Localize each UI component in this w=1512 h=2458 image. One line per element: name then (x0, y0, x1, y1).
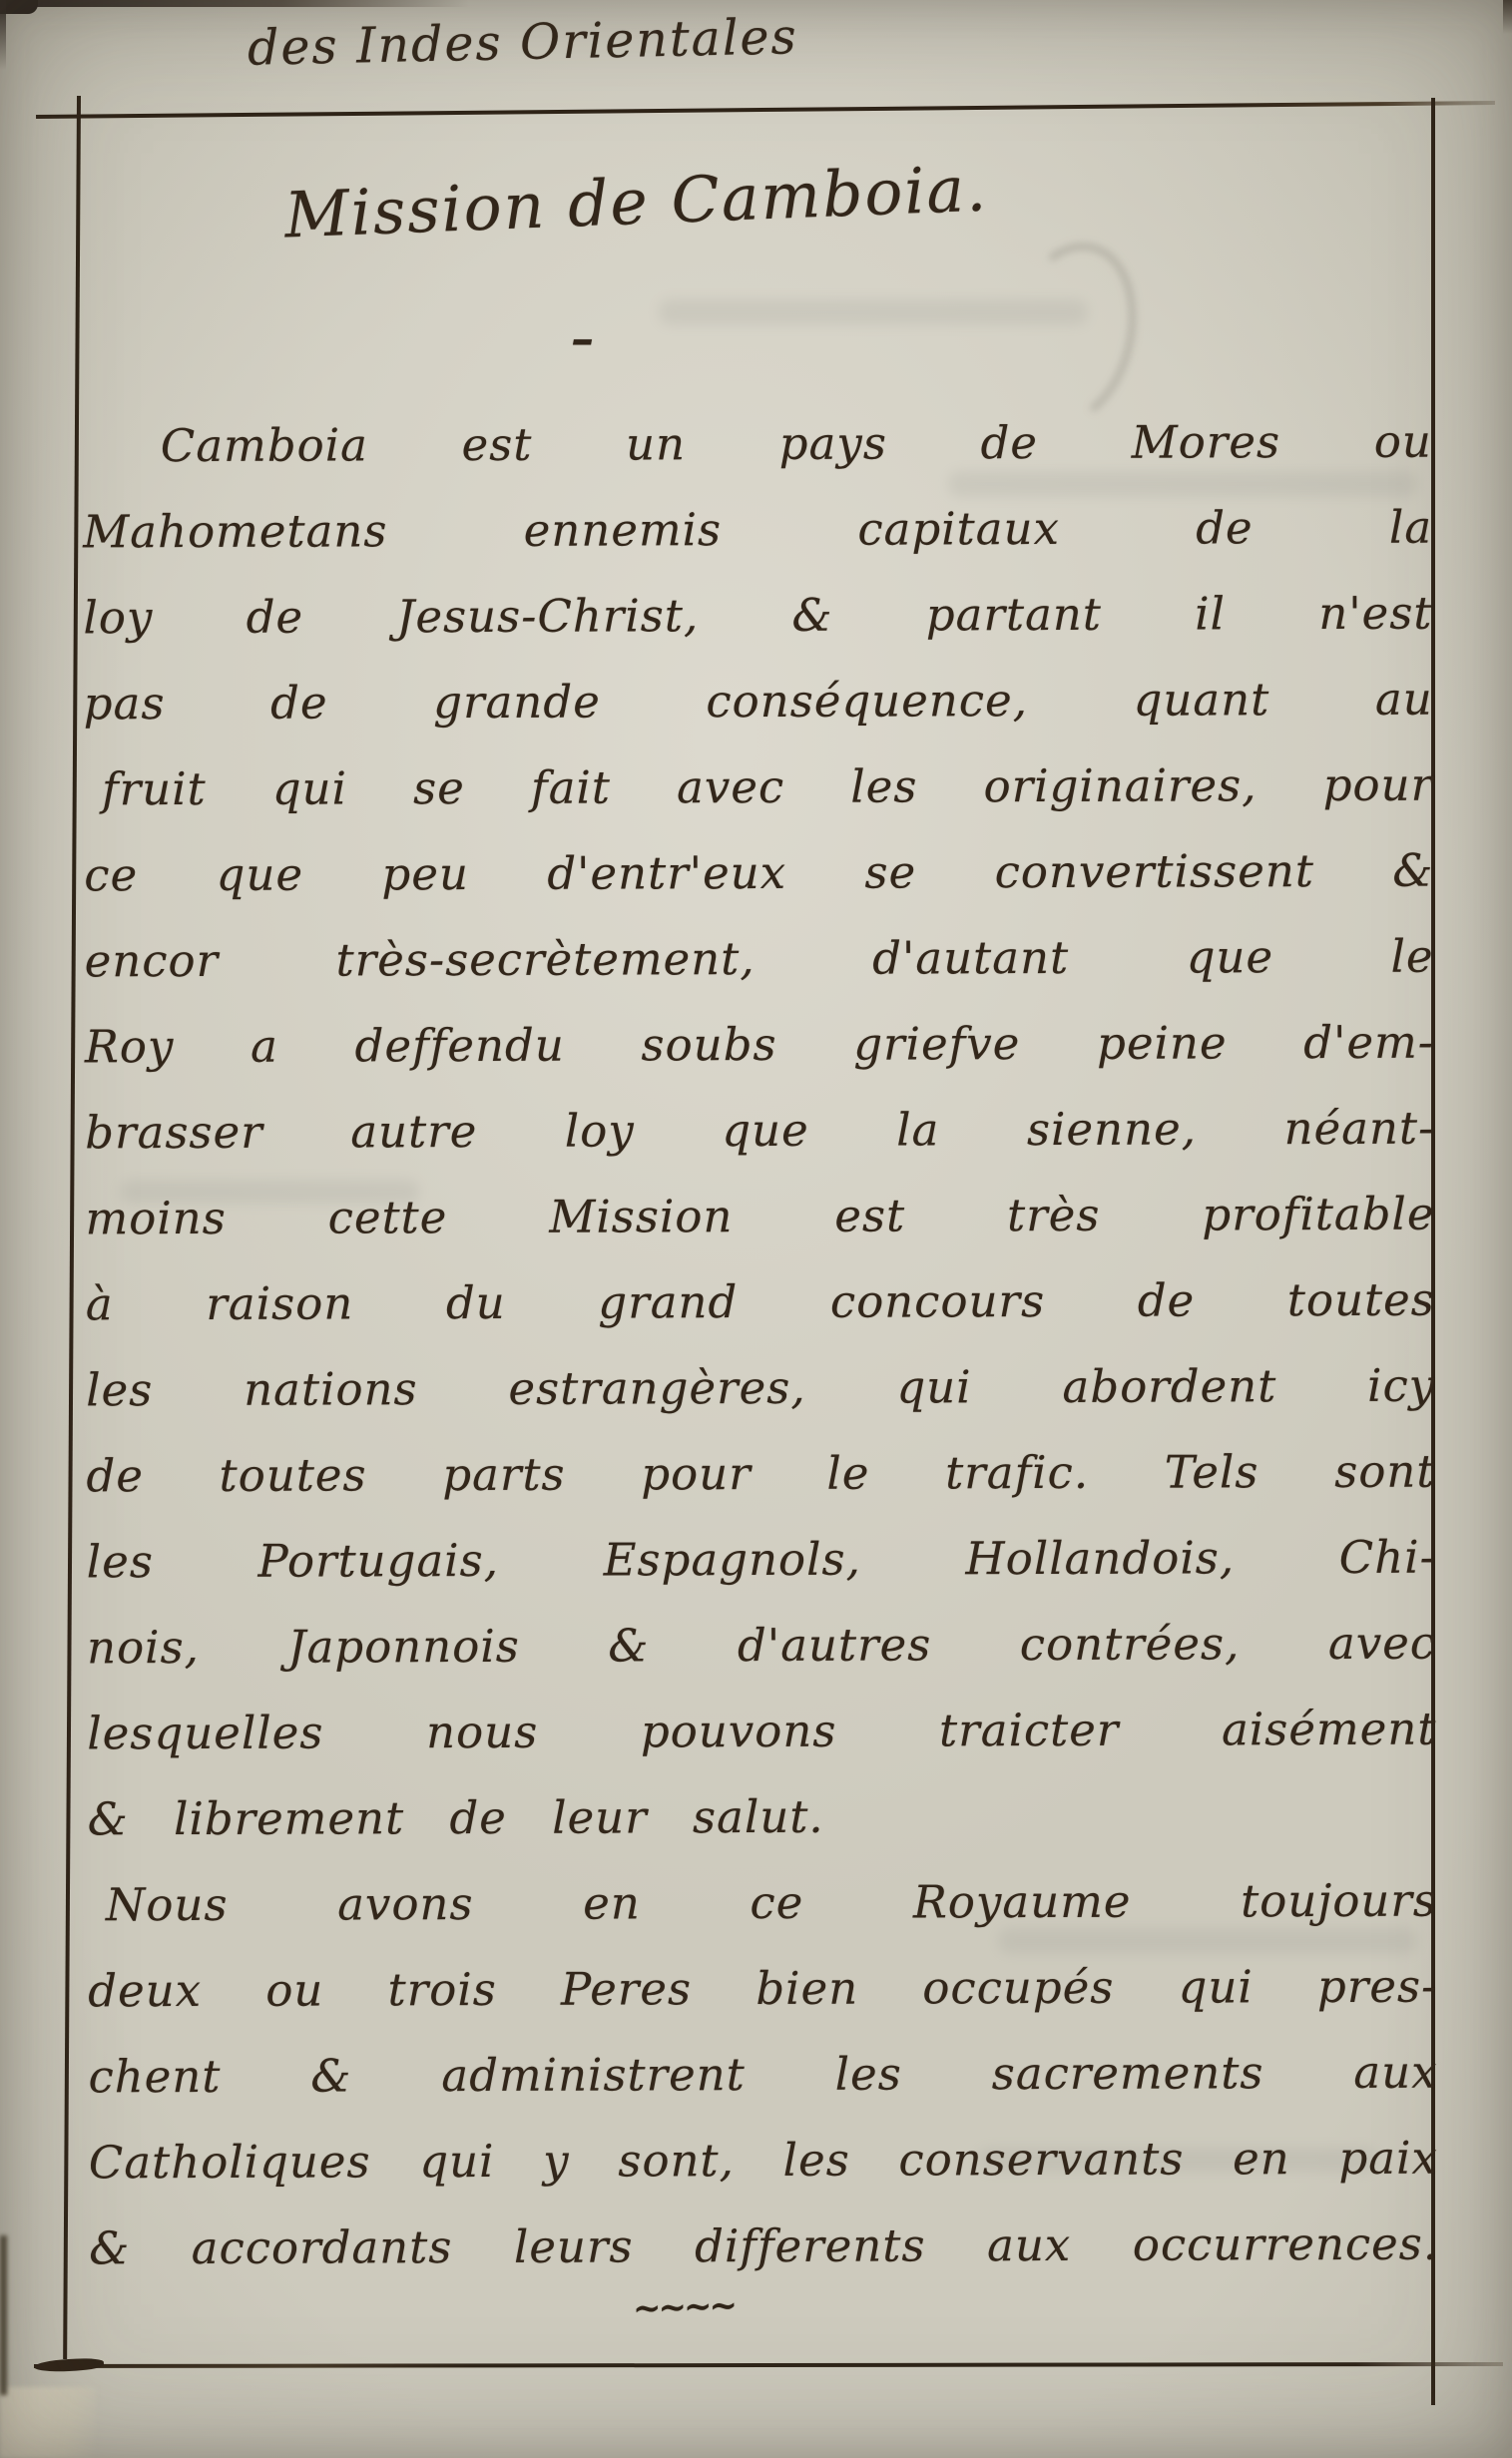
body-line: & librement de leur salut. (88, 1772, 1437, 1863)
body-line: les nations estrangères, qui abordent ic… (86, 1343, 1435, 1434)
body-line: fruit qui se fait avec les originaires, … (84, 742, 1433, 833)
body-line: lesquelles nous pouvons traicter aisémen… (87, 1687, 1436, 1777)
body-line: encor très-secrètement, d'autant que le (85, 914, 1434, 1005)
body-line: Camboia est un pays de Mores ou (83, 399, 1432, 490)
frame-bottom-rule (34, 2362, 1503, 2368)
photo-edge-top-right (1503, 0, 1512, 34)
body-line: les Portugais, Espagnols, Hollandois, Ch… (87, 1515, 1436, 1606)
body-line: deux ou trois Peres bien occupés qui pre… (88, 1944, 1437, 2035)
body-line: ce que peu d'entr'eux se convertissent & (84, 828, 1433, 919)
body-line: pas de grande conséquence, quant au (84, 657, 1433, 747)
body-line: brasser autre loy que la sienne, néant- (85, 1086, 1434, 1177)
body-line: Mahometans ennemis capitaux de la (83, 485, 1432, 576)
ink-bleedthrough-smudge (659, 299, 1088, 325)
body-line: nois, Japonnois & d'autres contrées, ave… (87, 1601, 1436, 1692)
manuscript-body: Camboia est un pays de Mores ou Mahometa… (83, 399, 1439, 2292)
body-line: Catholiques qui y sont, les conservants … (89, 2116, 1438, 2207)
frame-left-rule (63, 96, 81, 2359)
page-title: Mission de Camboia. (283, 152, 989, 251)
photo-edge-left (0, 0, 6, 70)
separator-dash: – (571, 311, 594, 365)
body-line: Nous avons en ce Royaume toujours (88, 1858, 1437, 1949)
body-line: chent & administrent les sacrements aux (88, 2030, 1437, 2121)
body-line: de toutes parts pour le trafic. Tels son… (86, 1429, 1435, 1520)
end-flourish: ~~~~ (632, 2285, 735, 2329)
body-line: à raison du grand concours de toutes (86, 1257, 1435, 1348)
manuscript-page: { "page": { "running_header": "des Indes… (0, 0, 1512, 2458)
body-line: moins cette Mission est très profitable (85, 1172, 1434, 1262)
photo-edge-top-left-corner (0, 0, 38, 14)
page-edge-bottom-left (0, 2387, 96, 2458)
photo-edge-bottom-left (0, 2235, 7, 2395)
body-line: & accordants leurs differents aux occurr… (89, 2202, 1438, 2292)
body-line: Roy a deffendu soubs griefve peine d'em- (85, 1000, 1434, 1091)
frame-top-rule (36, 101, 1495, 119)
photo-edge-top (0, 0, 469, 7)
running-header: des Indes Orientales (247, 8, 798, 77)
body-line: loy de Jesus-Christ, & partant il n'est (83, 571, 1432, 662)
